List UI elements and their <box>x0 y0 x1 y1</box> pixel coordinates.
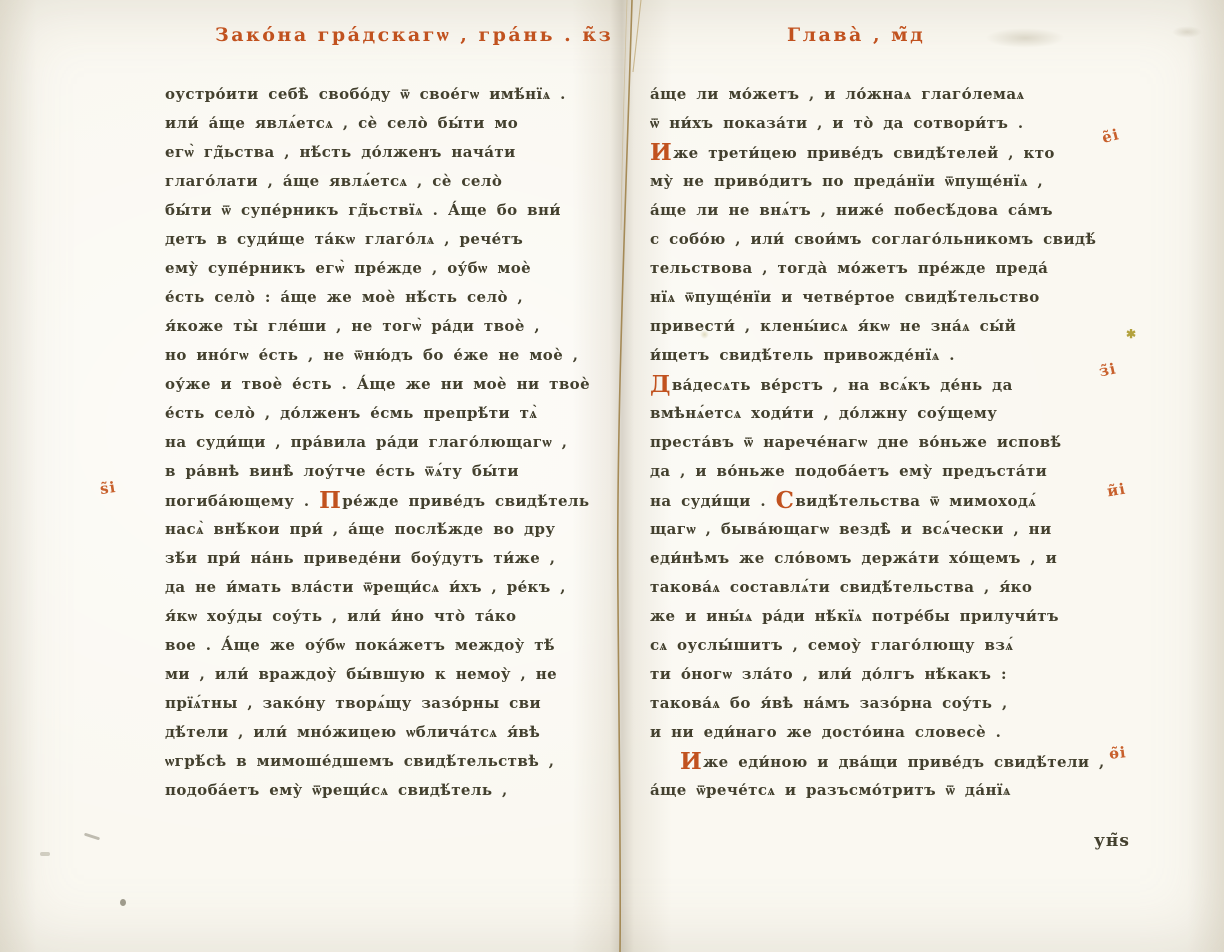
text-line: тельствова , тогда̀ мо́жетъ пре́жде пред… <box>650 254 1118 283</box>
text-run: ѿ ни́хъ показа́ти , и то̀ да сотвори́тъ … <box>650 114 1024 132</box>
text-run: вмѣнѧ́етсѧ ходи́ти , до́лжну соу́щему <box>650 404 997 422</box>
text-line: Иже трети́цею приве́дъ свидѣ́телей , кто <box>650 138 1118 167</box>
text-line: такова́ѧ составлѧ́ти свидѣ́тельства , я́… <box>650 573 1118 602</box>
text-line: да не и́мать вла́сти ѿрещи́сѧ и́хъ , ре́… <box>165 573 617 602</box>
text-run: погиба́ющему . <box>165 492 319 510</box>
text-line: а́ще ѿрече́тсѧ и разъсмо́тритъ ѿ да́нїѧ <box>650 776 1118 805</box>
text-line: с собо́ю , или́ свои́мъ соглаго́льникомъ… <box>650 225 1118 254</box>
text-run: глаго́лати , а́ще явлѧ́етсѧ , сѐ село̀ <box>165 172 502 190</box>
text-line: е́сть село̀ , до́лженъ е́смь препрѣ́ти т… <box>165 399 617 428</box>
right-text-block: а́ще ли мо́жетъ , и ло́жнаѧ глаго́лемаѧѿ… <box>650 80 1118 805</box>
text-line: преста́въ ѿ нарече́нагѡ дне во́ньже испо… <box>650 428 1118 457</box>
text-run: е́сть село̀ : а́ще же моѐ нѣ́сть село̀ , <box>165 288 523 306</box>
text-line: Два́десѧть ве́рстъ , на всѧ́къ де́нь да <box>650 370 1118 399</box>
right-page-header: Глава̀ , м̃д <box>787 24 925 46</box>
text-line: вое . А́ще же оу́бѡ пока́жетъ междоу̀ тѣ… <box>165 631 617 660</box>
text-line: сѧ оуслы́шитъ , семоу̀ глаго́лющу взѧ́ <box>650 631 1118 660</box>
text-line: в ра́внѣ винѣ̀ лоу́тче е́сть ѿѧ́ту бы́ти <box>165 457 617 486</box>
text-line: на суди́щи , пра́вила ра́ди глаго́лющагѡ… <box>165 428 617 457</box>
text-run: оустро́ити себѣ̀ свобо́ду ѿ свое́гѡ имѣ́… <box>165 85 566 103</box>
text-run: ре́жде приве́дъ свидѣ́тель <box>342 492 589 510</box>
text-line: привести́ , клены́исѧ я́кѡ не зна́ѧ сы́й <box>650 312 1118 341</box>
text-line: такова́ѧ бо я́вѣ на́мъ зазо́рна соу́ть , <box>650 689 1118 718</box>
text-line: я́кѡ хоу́ды соу́ть , или́ и́но что̀ та́к… <box>165 602 617 631</box>
text-run: на суди́щи . <box>650 492 776 510</box>
text-run: ми , или́ враждоу̀ бы́вшую к немоу̀ , не <box>165 665 557 683</box>
text-run: но ино́гѡ е́сть , не ѿню́дъ бо е́же не м… <box>165 346 578 364</box>
text-line: нїѧ ѿпуще́нїи и четве́ртое свидѣ́тельств… <box>650 283 1118 312</box>
text-run: же еди́ною и два́щи приве́дъ свидѣ́тели … <box>703 753 1105 771</box>
text-run: ему̀ супе́рникъ егѡ̀ пре́жде , оу́бѡ моѐ <box>165 259 531 277</box>
text-run: такова́ѧ составлѧ́ти свидѣ́тельства , я́… <box>650 578 1032 596</box>
text-line: но ино́гѡ е́сть , не ѿню́дъ бо е́же не м… <box>165 341 617 370</box>
rubric-initial: С <box>776 487 796 514</box>
text-run: видѣ́тельства ѿ мимоходѧ́ <box>795 492 1036 510</box>
text-line: Иже еди́ною и два́щи приве́дъ свидѣ́тели… <box>650 747 1118 776</box>
right-margin-number: и̃і <box>1106 480 1128 501</box>
text-run: а́ще ли не внѧ́тъ , ниже́ побесѣ́дова са… <box>650 201 1053 219</box>
book-scan: Зако́на гра́дскагѡ , гра́нь . к̃з оустро… <box>0 0 1224 952</box>
text-run: дѣ́тели , или́ мно́жицею ѡблича́тсѧ я́вѣ <box>165 723 540 741</box>
text-run: щагѡ , быва́ющагѡ вездѣ̀ и всѧ́чески , н… <box>650 520 1052 538</box>
text-line: да , и во́ньже подоба́етъ ему̀ предъста́… <box>650 457 1118 486</box>
text-run: ѡгрѣ́сѣ в мимоше́дшемъ свидѣ́тельствѣ , <box>165 752 554 770</box>
text-run: и́щетъ свидѣ́тель привожде́нїѧ . <box>650 346 955 364</box>
rubric-initial: П <box>319 487 342 514</box>
text-line: прїѧ́тны , зако́ну творѧ́щу зазо́рны сви <box>165 689 617 718</box>
text-run: егѡ̀ гд̃ьства , нѣ́сть до́лженъ нача́ти <box>165 143 516 161</box>
right-margin-number: з̃і <box>1097 359 1118 380</box>
text-line: насѧ̀ внѣ́кои при́ , а́ще послѣ́жде во д… <box>165 515 617 544</box>
text-run: преста́въ ѿ нарече́нагѡ дне во́ньже испо… <box>650 433 1062 451</box>
text-run: му̀ не приво́дитъ по преда́нїи ѿпуще́нїѧ… <box>650 172 1043 190</box>
text-run: с собо́ю , или́ свои́мъ соглаго́льникомъ… <box>650 230 1096 248</box>
text-run: подоба́етъ ему̀ ѿрещи́сѧ свидѣ́тель , <box>165 781 508 799</box>
text-line: а́ще ли не внѧ́тъ , ниже́ побесѣ́дова са… <box>650 196 1118 225</box>
margin-asterisk-mark: ✱ <box>1126 327 1137 341</box>
text-line: и́щетъ свидѣ́тель привожде́нїѧ . <box>650 341 1118 370</box>
text-run: оу́же и твоѐ е́сть . А́ще же ни моѐ ни т… <box>165 375 590 393</box>
text-run: же и ины́ѧ ра́ди нѣ́кїѧ потре́бы прилучи… <box>650 607 1059 625</box>
text-run: бы́ти ѿ супе́рникъ гд̃ьствїѧ . А́ще бо в… <box>165 201 561 219</box>
text-line: глаго́лати , а́ще явлѧ́етсѧ , сѐ село̀ <box>165 167 617 196</box>
text-line: зѣ́и при́ на́нь приведе́ни боу́дутъ ти́ж… <box>165 544 617 573</box>
text-run: да не и́мать вла́сти ѿрещи́сѧ и́хъ , ре́… <box>165 578 566 596</box>
text-line: е́сть село̀ : а́ще же моѐ нѣ́сть село̀ , <box>165 283 617 312</box>
text-run: или́ а́ще явлѧ́етсѧ , сѐ село̀ бы́ти мо <box>165 114 518 132</box>
text-run: ти о́ногѡ зла́то , или́ до́лгъ нѣ́какъ : <box>650 665 1007 683</box>
text-line: ми , или́ враждоу̀ бы́вшую к немоу̀ , не <box>165 660 617 689</box>
left-margin-number: ѕ̃і <box>99 478 118 498</box>
text-run: детъ в суди́ще та́кѡ глаго́лѧ , рече́тъ <box>165 230 523 248</box>
rubric-initial: И <box>650 139 673 166</box>
text-run: насѧ̀ внѣ́кои при́ , а́ще послѣ́жде во д… <box>165 520 555 538</box>
text-run: а́ще ѿрече́тсѧ и разъсмо́тритъ ѿ да́нїѧ <box>650 781 1011 799</box>
text-line: дѣ́тели , или́ мно́жицею ѡблича́тсѧ я́вѣ <box>165 718 617 747</box>
text-line: еди́нѣмъ же сло́вомъ держа́ти хо́щемъ , … <box>650 544 1118 573</box>
text-run: ва́десѧть ве́рстъ , на всѧ́къ де́нь да <box>672 376 1013 394</box>
rubric-initial: И <box>680 748 703 775</box>
text-line: вмѣнѧ́етсѧ ходи́ти , до́лжну соу́щему <box>650 399 1118 428</box>
left-page: Зако́на гра́дскагѡ , гра́нь . к̃з оустро… <box>0 0 612 952</box>
text-run: еди́нѣмъ же сло́вомъ держа́ти хо́щемъ , … <box>650 549 1057 567</box>
text-run: я́кѡ хоу́ды соу́ть , или́ и́но что̀ та́к… <box>165 607 516 625</box>
text-run: на суди́щи , пра́вила ра́ди глаго́лющагѡ… <box>165 433 567 451</box>
right-margin-number: ѳ̃і <box>1108 743 1127 763</box>
text-line: щагѡ , быва́ющагѡ вездѣ̀ и всѧ́чески , н… <box>650 515 1118 544</box>
text-line: детъ в суди́ще та́кѡ глаго́лѧ , рече́тъ <box>165 225 617 254</box>
text-line: ему̀ супе́рникъ егѡ̀ пре́жде , оу́бѡ моѐ <box>165 254 617 283</box>
text-run: а́ще ли мо́жетъ , и ло́жнаѧ глаго́лемаѧ <box>650 85 1024 103</box>
text-line: же и ины́ѧ ра́ди нѣ́кїѧ потре́бы прилучи… <box>650 602 1118 631</box>
text-run: сѧ оуслы́шитъ , семоу̀ глаго́лющу взѧ́ <box>650 636 1013 654</box>
text-line: и ни еди́наго же досто́ина словесѐ . <box>650 718 1118 747</box>
left-text-block: оустро́ити себѣ̀ свобо́ду ѿ свое́гѡ имѣ́… <box>165 80 617 805</box>
text-line: а́ще ли мо́жетъ , и ло́жнаѧ глаго́лемаѧ <box>650 80 1118 109</box>
text-run: я́коже ты̀ гле́ши , не тогѡ̀ ра́ди твоѐ … <box>165 317 540 335</box>
text-run: зѣ́и при́ на́нь приведе́ни боу́дутъ ти́ж… <box>165 549 555 567</box>
text-line: я́коже ты̀ гле́ши , не тогѡ̀ ра́ди твоѐ … <box>165 312 617 341</box>
text-run: и ни еди́наго же досто́ина словесѐ . <box>650 723 1001 741</box>
text-run: вое . А́ще же оу́бѡ пока́жетъ междоу̀ тѣ… <box>165 636 555 654</box>
text-run: привести́ , клены́исѧ я́кѡ не зна́ѧ сы́й <box>650 317 1016 335</box>
text-line: погиба́ющему . Пре́жде приве́дъ свидѣ́те… <box>165 486 617 515</box>
text-line: на суди́щи . Свидѣ́тельства ѿ мимоходѧ́ <box>650 486 1118 515</box>
text-line: оу́же и твоѐ е́сть . А́ще же ни моѐ ни т… <box>165 370 617 399</box>
text-line: бы́ти ѿ супе́рникъ гд̃ьствїѧ . А́ще бо в… <box>165 196 617 225</box>
rubric-initial: Д <box>650 371 672 398</box>
text-run: нїѧ ѿпуще́нїи и четве́ртое свидѣ́тельств… <box>650 288 1040 306</box>
text-run: такова́ѧ бо я́вѣ на́мъ зазо́рна соу́ть , <box>650 694 1008 712</box>
text-line: му̀ не приво́дитъ по преда́нїи ѿпуще́нїѧ… <box>650 167 1118 196</box>
text-run: же трети́цею приве́дъ свидѣ́телей , кто <box>673 144 1055 162</box>
text-line: егѡ̀ гд̃ьства , нѣ́сть до́лженъ нача́ти <box>165 138 617 167</box>
text-line: ѡгрѣ́сѣ в мимоше́дшемъ свидѣ́тельствѣ , <box>165 747 617 776</box>
text-line: ѿ ни́хъ показа́ти , и то̀ да сотвори́тъ … <box>650 109 1118 138</box>
text-line: ти о́ногѡ зла́то , или́ до́лгъ нѣ́какъ : <box>650 660 1118 689</box>
text-run: тельствова , тогда̀ мо́жетъ пре́жде пред… <box>650 259 1048 277</box>
folio-number: ун̃ѕ <box>1094 831 1130 851</box>
text-line: оустро́ити себѣ̀ свобо́ду ѿ свое́гѡ имѣ́… <box>165 80 617 109</box>
text-run: да , и во́ньже подоба́етъ ему̀ предъста́… <box>650 462 1047 480</box>
text-run: е́сть село̀ , до́лженъ е́смь препрѣ́ти т… <box>165 404 537 422</box>
text-line: подоба́етъ ему̀ ѿрещи́сѧ свидѣ́тель , <box>165 776 617 805</box>
right-page: Глава̀ , м̃д а́ще ли мо́жетъ , и ло́жнаѧ… <box>612 0 1224 952</box>
text-line: или́ а́ще явлѧ́етсѧ , сѐ село̀ бы́ти мо <box>165 109 617 138</box>
left-page-header: Зако́на гра́дскагѡ , гра́нь . к̃з <box>215 24 613 47</box>
text-run: в ра́внѣ винѣ̀ лоу́тче е́сть ѿѧ́ту бы́ти <box>165 462 519 480</box>
text-run: прїѧ́тны , зако́ну творѧ́щу зазо́рны сви <box>165 694 541 712</box>
